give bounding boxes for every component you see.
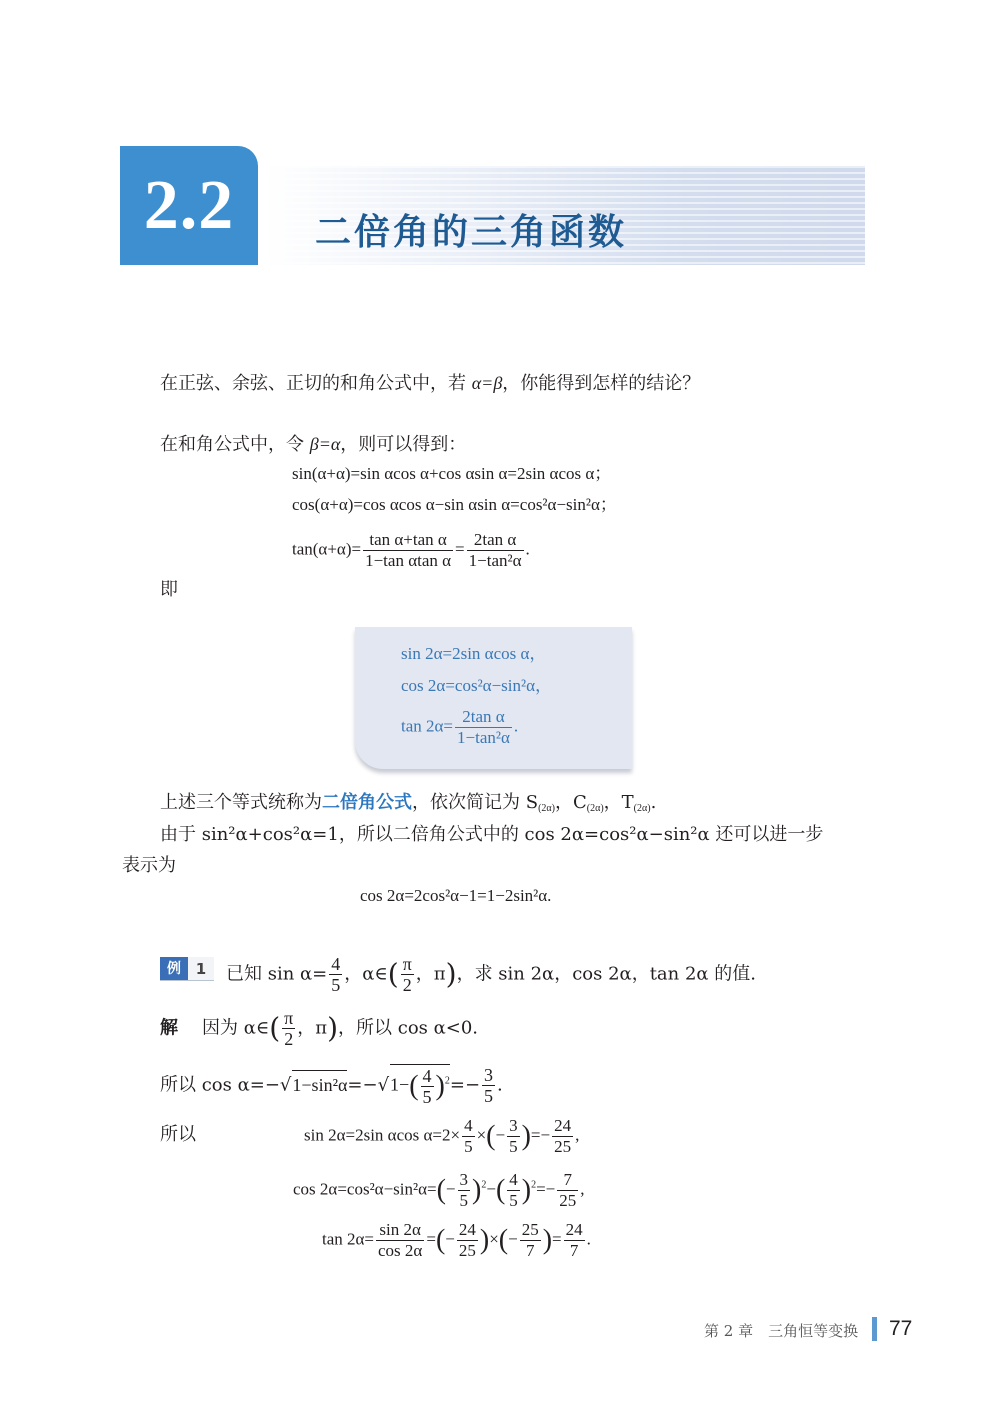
naming-c: ，C	[555, 792, 587, 813]
given-text: 已知 sin α=	[226, 964, 327, 985]
numerator: 2tan α	[455, 707, 512, 728]
right-paren: )	[436, 1071, 445, 1102]
sqrt-content: 1−(45)2	[390, 1064, 450, 1107]
denominator: 25	[457, 1241, 478, 1261]
times: ×	[477, 1125, 487, 1144]
ji-label: 即	[160, 577, 178, 603]
denominator: 5	[458, 1191, 471, 1211]
denominator: 5	[482, 1086, 495, 1106]
denominator: 5	[507, 1191, 520, 1211]
derive-text: 在和角公式中，令	[160, 434, 310, 455]
numerator: 4	[507, 1170, 520, 1191]
denominator: 7	[564, 1241, 585, 1261]
derivation-tan: tan(α+α)=tan α+tan α1−tan αtan α=2tan α1…	[292, 530, 530, 571]
denominator: 5	[462, 1137, 475, 1157]
fraction: 725	[557, 1170, 578, 1211]
interval-end: ，π	[416, 964, 446, 985]
left-paren: (	[409, 1071, 418, 1102]
subscript: (2α)	[587, 803, 604, 814]
right-paren: )	[446, 958, 457, 991]
numerator: 4	[329, 954, 342, 975]
fraction: 257	[520, 1220, 541, 1261]
fraction: 45	[329, 954, 342, 995]
denominator: 25	[552, 1137, 573, 1157]
intro-question-math: α=β	[472, 373, 503, 393]
denominator: 5	[421, 1087, 434, 1107]
fraction: 45	[421, 1066, 434, 1107]
intro-question-tail: ，你能得到怎样的结论？	[502, 373, 700, 394]
fraction: 45	[507, 1170, 520, 1211]
cos2a-calc: cos 2α=cos²α−sin²α=(−35)2−(45)2=−725,	[293, 1170, 585, 1211]
cos2a-text: cos 2α=cos²α−sin²α=	[293, 1179, 437, 1198]
section-number: 2.2	[120, 146, 258, 265]
sin2a-calc: sin 2α=2sin αcos α=2×45×(−35)=−2425,	[304, 1116, 579, 1157]
left-paren: (	[437, 1175, 446, 1206]
denominator: 5	[507, 1137, 520, 1157]
subscript: (2α)	[634, 803, 651, 814]
fraction: 247	[564, 1220, 585, 1261]
numerator: 24	[564, 1220, 585, 1241]
left-paren: (	[486, 1121, 495, 1152]
right-paren: )	[480, 1225, 489, 1256]
denominator: 5	[329, 975, 342, 995]
page-number: 77	[889, 1317, 912, 1341]
given-interval-label: ，α∈	[344, 964, 387, 985]
step2-text: 所以 cos α=−	[160, 1075, 280, 1096]
intro-question: 在正弦、余弦、正切的和角公式中，若 α=β，你能得到怎样的结论？	[160, 370, 700, 397]
right-paren: )	[543, 1225, 552, 1256]
left-paren: (	[496, 1175, 505, 1206]
fraction: 35	[507, 1116, 520, 1157]
section-title: 二倍角的三角函数	[315, 204, 627, 255]
example-statement: 已知 sin α=45，α∈(π2，π)，求 sin 2α，cos 2α，tan…	[226, 954, 756, 995]
equals-minus: =−	[347, 1075, 377, 1096]
example-question: ，求 sin 2α，cos 2α，tan 2α 的值.	[457, 964, 756, 985]
denominator: 1−tan²α	[455, 728, 512, 748]
sin2a-text: sin 2α=2sin αcos α=2×	[304, 1125, 460, 1144]
denominator: 1−tan²α	[467, 551, 524, 571]
left-paren: (	[436, 1225, 445, 1256]
denominator: cos 2α	[376, 1241, 424, 1261]
fraction: π2	[282, 1008, 295, 1049]
tan2a-text: tan 2α=	[322, 1229, 374, 1248]
denominator: 2	[401, 975, 414, 995]
right-paren: )	[327, 1012, 338, 1045]
right-paren: )	[522, 1175, 531, 1206]
derivation-sin: sin(α+α)=sin αcos α+cos αsin α=2sin αcos…	[292, 462, 611, 486]
fraction: 35	[458, 1170, 471, 1211]
naming-t: ，T	[604, 792, 634, 813]
numerator: π	[282, 1008, 295, 1029]
footer-divider	[872, 1317, 877, 1341]
numerator: 3	[507, 1116, 520, 1137]
derive-tail: ，则可以得到：	[340, 434, 466, 455]
further-line1: 由于 sin²α+cos²α=1，所以二倍角公式中的 cos 2α=cos²α−…	[160, 822, 823, 848]
box-tan-lhs: tan 2α=	[401, 716, 453, 735]
numerator: 25	[520, 1220, 541, 1241]
period: .	[651, 792, 657, 813]
solution-step2: 所以 cos α=−√1−sin²α=−√1−(45)2=−35.	[160, 1064, 503, 1107]
fraction: 45	[462, 1116, 475, 1157]
box-sin-formula: sin 2α=2sin αcos α，	[401, 642, 546, 666]
fraction: tan α+tan α1−tan αtan α	[363, 530, 453, 571]
step3-label: 所以	[160, 1122, 196, 1148]
numerator: 4	[421, 1066, 434, 1087]
example-label: 例	[160, 957, 188, 980]
naming-text: 上述三个等式统称为	[160, 792, 322, 813]
fraction: sin 2αcos 2α	[376, 1220, 424, 1261]
further-line2: 表示为	[122, 853, 176, 879]
highlight-term: 二倍角公式	[322, 792, 412, 813]
derivation-cos: cos(α+α)=cos αcos α−sin αsin α=cos²α−sin…	[292, 493, 617, 517]
footer-chapter: 第 2 章 三角恒等变换	[704, 1320, 858, 1341]
further-formula: cos 2α=2cos²α−1=1−2sin²α.	[360, 884, 551, 908]
right-paren: )	[522, 1121, 531, 1152]
fraction: 2tan α1−tan²α	[455, 707, 512, 748]
intro-question-text: 在正弦、余弦、正切的和角公式中，若	[160, 373, 472, 394]
numerator: tan α+tan α	[363, 530, 453, 551]
sqrt-text: 1−	[390, 1075, 409, 1095]
equals: =	[455, 539, 465, 558]
box-cos-formula: cos 2α=cos²α−sin²α，	[401, 674, 552, 698]
solution-label: 解	[160, 1018, 178, 1039]
period: .	[514, 716, 518, 735]
tan2a-calc: tan 2α=sin 2αcos 2α=(−2425)×(−257)=247.	[322, 1220, 591, 1261]
numerator: 24	[457, 1220, 478, 1241]
numerator: 7	[557, 1170, 578, 1191]
derivation-tan-lhs: tan(α+α)=	[292, 539, 361, 558]
period: .	[526, 539, 530, 558]
derive-intro: 在和角公式中，令 β=α，则可以得到：	[160, 431, 466, 458]
numerator: π	[401, 954, 414, 975]
sqrt-content: 1−sin²α	[292, 1070, 347, 1098]
double-angle-formula-box: sin 2α=2sin αcos α， cos 2α=cos²α−sin²α， …	[355, 627, 632, 769]
denominator: 25	[557, 1191, 578, 1211]
left-paren: (	[499, 1225, 508, 1256]
left-paren: (	[388, 958, 399, 991]
fraction: 2425	[457, 1220, 478, 1261]
subscript: (2α)	[538, 803, 555, 814]
fraction: 35	[482, 1065, 495, 1106]
denominator: 1−tan αtan α	[363, 551, 453, 571]
example-badge: 例 1	[160, 957, 214, 981]
denominator: 7	[520, 1241, 541, 1261]
numerator: 4	[462, 1116, 475, 1137]
numerator: 3	[482, 1065, 495, 1086]
numerator: 3	[458, 1170, 471, 1191]
derive-math: β=α	[310, 434, 341, 454]
step1-text: 因为 α∈	[202, 1018, 269, 1039]
equals-minus: =−	[450, 1075, 480, 1096]
left-paren: (	[269, 1012, 280, 1045]
solution-step1: 解因为 α∈(π2，π)，所以 cos α<0.	[160, 1008, 478, 1049]
interval-end: ，π	[297, 1018, 327, 1039]
right-paren: )	[472, 1175, 481, 1206]
example-number: 1	[188, 957, 214, 980]
numerator: sin 2α	[376, 1220, 424, 1241]
step1-tail: ，所以 cos α<0.	[338, 1018, 478, 1039]
fraction: π2	[401, 954, 414, 995]
box-tan-formula: tan 2α=2tan α1−tan²α.	[401, 707, 518, 748]
numerator: 2tan α	[467, 530, 524, 551]
naming-paragraph: 上述三个等式统称为二倍角公式，依次简记为 S(2α)，C(2α)，T(2α).	[160, 790, 656, 822]
denominator: 2	[282, 1029, 295, 1049]
fraction: 2425	[552, 1116, 573, 1157]
fraction: 2tan α1−tan²α	[467, 530, 524, 571]
numerator: 24	[552, 1116, 573, 1137]
naming-s: ，依次简记为 S	[412, 792, 538, 813]
